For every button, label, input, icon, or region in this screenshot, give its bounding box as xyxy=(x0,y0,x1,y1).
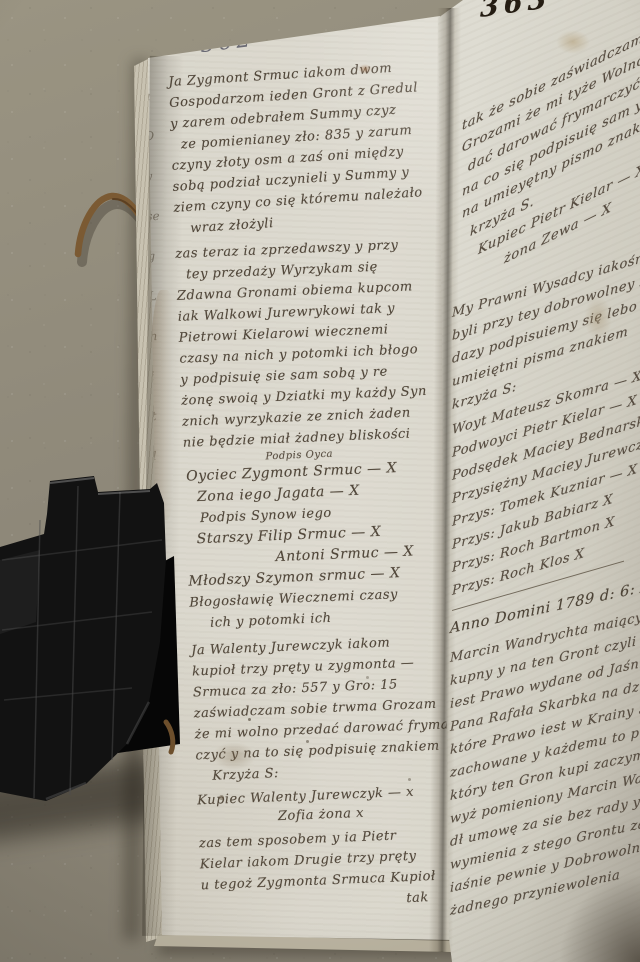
photo-vignette xyxy=(0,0,640,962)
photo-scene: 362 aOysegLnitlcz Ja Zygmont Srmuc iakom… xyxy=(0,0,640,962)
